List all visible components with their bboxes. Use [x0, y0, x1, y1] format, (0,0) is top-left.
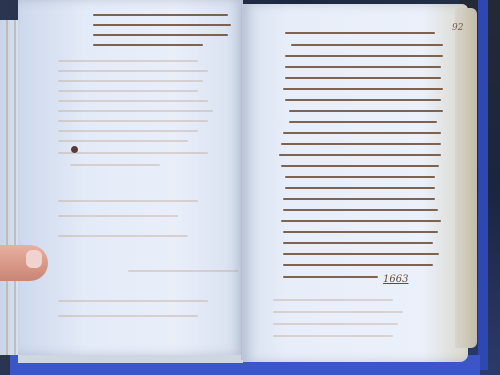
handwriting-line	[283, 132, 441, 134]
handwriting-line	[285, 32, 435, 34]
handwriting-line	[93, 44, 203, 46]
handwriting-line	[283, 209, 438, 211]
thumbnail	[26, 250, 42, 268]
faded-line	[58, 235, 188, 237]
handwriting-line	[283, 198, 435, 200]
thumb	[0, 245, 48, 281]
faded-line	[58, 60, 198, 62]
handwriting-line	[93, 14, 228, 16]
faded-line	[58, 100, 208, 102]
handwriting-line	[281, 220, 441, 222]
handwriting-line	[285, 66, 441, 68]
handwriting-line	[285, 187, 435, 189]
page-edge	[6, 20, 8, 355]
faded-line	[58, 300, 208, 302]
date-annotation: 1663	[383, 274, 408, 285]
right-page	[243, 4, 468, 362]
faded-line	[58, 80, 203, 82]
faded-line	[58, 152, 208, 154]
handwriting-line	[93, 24, 231, 26]
faded-line	[128, 270, 238, 272]
right-page-edge	[455, 8, 477, 348]
handwriting-line	[283, 264, 433, 266]
handwriting-line	[283, 253, 439, 255]
handwriting-line	[283, 242, 433, 244]
faded-line	[58, 120, 208, 122]
handwriting-line	[285, 77, 441, 79]
handwriting-line	[279, 154, 441, 156]
handwriting-line	[93, 34, 228, 36]
handwriting-line	[285, 99, 441, 101]
faded-line	[58, 90, 198, 92]
handwriting-line	[285, 55, 443, 57]
faded-line	[58, 315, 198, 317]
faded-line	[58, 70, 208, 72]
handwriting-line	[283, 276, 378, 278]
ink-blot	[71, 146, 78, 153]
faded-line	[58, 215, 178, 217]
page-edge	[14, 20, 16, 355]
handwriting-line	[289, 110, 443, 112]
left-page	[18, 0, 243, 363]
faded-line	[70, 164, 160, 166]
handwriting-line	[283, 88, 443, 90]
handwriting-line	[281, 165, 439, 167]
faded-line	[273, 335, 393, 337]
faded-line	[58, 140, 188, 142]
handwriting-line	[289, 121, 437, 123]
manuscript-book: 92 1663	[0, 0, 482, 362]
page-number: 92	[452, 23, 463, 33]
handwriting-line	[283, 231, 438, 233]
handwriting-line	[285, 176, 435, 178]
faded-line	[58, 200, 198, 202]
faded-line	[273, 299, 393, 301]
faded-line	[58, 110, 213, 112]
handwriting-line	[291, 44, 443, 46]
faded-line	[273, 311, 403, 313]
faded-line	[273, 323, 398, 325]
faded-line	[58, 130, 198, 132]
handwriting-line	[281, 143, 441, 145]
